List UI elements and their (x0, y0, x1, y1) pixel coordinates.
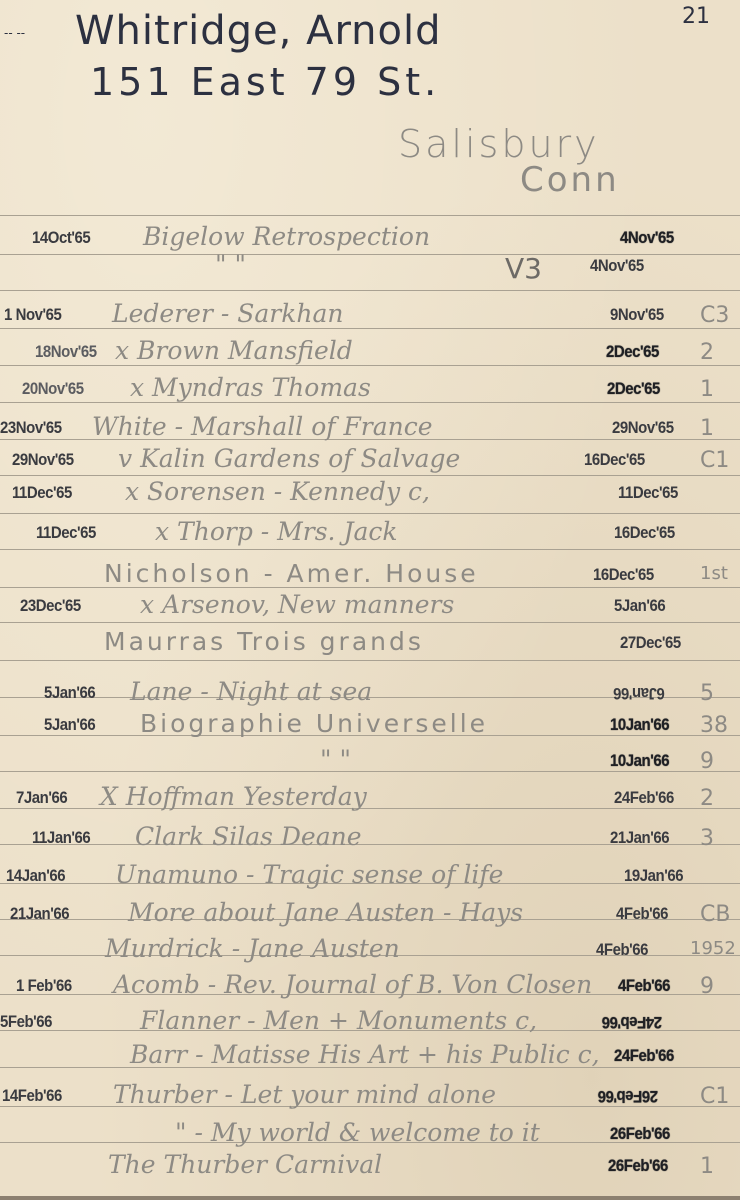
book-title: Thurber - Let your mind alone (113, 1080, 496, 1109)
return-date-stamp: 24Feb'66 (614, 1046, 674, 1066)
book-title: x Thorp - Mrs. Jack (155, 517, 398, 546)
return-date-stamp: 4Feb'66 (618, 976, 670, 996)
margin-note: CB (700, 902, 730, 927)
ruled-line (0, 475, 740, 476)
book-title: Lederer - Sarkhan (112, 299, 343, 328)
checkout-date-stamp: 20Nov'65 (22, 379, 84, 399)
book-title: Flanner - Men + Monuments c, (140, 1006, 537, 1035)
book-title: Acomb - Rev. Journal of B. Von Closen (113, 970, 592, 999)
library-borrower-card: -- -- Whitridge, Arnold 151 East 79 St. … (0, 0, 740, 1200)
ruled-line (0, 328, 740, 329)
book-title: Clark Silas Deane (135, 822, 362, 851)
margin-note: 1952 (690, 938, 736, 959)
return-date-stamp: 4Feb'66 (596, 940, 648, 960)
margin-note: 1 (700, 416, 714, 441)
book-title: x Brown Mansfield (115, 336, 353, 365)
margin-note: 3 (700, 826, 714, 851)
ruled-line (0, 215, 740, 216)
checkout-date-stamp: 11Dec'65 (12, 483, 72, 503)
book-title: Bigelow Retrospection (143, 222, 430, 251)
book-title: Murdrick - Jane Austen (105, 934, 400, 963)
book-title: The Thurber Carnival (108, 1150, 382, 1179)
book-title: Lane - Night at sea (130, 677, 372, 706)
return-date-stamp: 26Feb'66 (608, 1156, 668, 1176)
ruled-line (0, 254, 740, 255)
margin-note: 9 (700, 749, 714, 774)
checkout-date-stamp: 23Dec'65 (20, 596, 81, 616)
checkout-date-stamp: 5Feb'66 (0, 1012, 52, 1032)
checkout-date-stamp: 11Jan'66 (32, 828, 90, 848)
card-number: 21 (682, 4, 710, 29)
checkout-date-stamp: 7Jan'66 (16, 788, 67, 808)
book-title: Maurras Trois grands (104, 627, 424, 656)
patron-name: Whitridge, Arnold (75, 8, 442, 54)
book-title: Nicholson - Amer. House (104, 559, 479, 588)
book-title: x Arsenov, New manners (140, 590, 454, 619)
ruled-line (0, 771, 740, 772)
corner-marks: -- -- (4, 26, 25, 40)
checkout-date-stamp: 11Dec'65 (36, 523, 96, 543)
margin-note: C3 (700, 303, 729, 328)
checkout-date-stamp: 14Feb'66 (2, 1086, 62, 1106)
book-title: " " (320, 745, 351, 774)
return-date-stamp: 4Nov'65 (620, 228, 674, 248)
return-date-stamp: 9Nov'65 (610, 305, 664, 325)
return-date-stamp: 24Feb'66 (602, 1012, 662, 1032)
return-date-stamp: 26Feb'66 (598, 1086, 658, 1106)
return-date-stamp: 2Dec'65 (607, 379, 660, 399)
return-date-stamp: 10Jan'66 (610, 751, 669, 771)
checkout-date-stamp: 29Nov'65 (12, 450, 74, 470)
patron-address: 151 East 79 St. (90, 60, 440, 104)
return-date-stamp: 16Dec'65 (584, 450, 645, 470)
checkout-date-stamp: 5Jan'66 (44, 715, 95, 735)
return-date-stamp: 4Feb'66 (616, 904, 668, 924)
return-date-stamp: 29Nov'65 (612, 418, 674, 438)
return-date-stamp: 16Dec'65 (593, 565, 654, 585)
margin-note: C1 (700, 448, 729, 473)
checkout-date-stamp: 14Oct'65 (32, 228, 90, 248)
return-date-stamp: 10Jan'66 (610, 715, 669, 735)
return-date-stamp: 4Nov'65 (590, 256, 644, 276)
margin-note: 2 (700, 786, 714, 811)
return-date-stamp: 16Dec'65 (614, 523, 675, 543)
return-date-stamp: 21Jan'66 (610, 828, 669, 848)
location-state: Conn (520, 160, 620, 200)
margin-note: 5 (700, 681, 714, 706)
return-date-stamp: 2Dec'65 (606, 342, 659, 362)
return-date-stamp: 24Feb'66 (614, 788, 674, 808)
book-title: Unamuno - Tragic sense of life (115, 860, 503, 889)
checkout-date-stamp: 23Nov'65 (0, 418, 62, 438)
book-title: " " (215, 250, 246, 279)
return-date-stamp: 6Jan'66 (613, 683, 664, 703)
margin-note: V3 (505, 252, 542, 285)
margin-note: 2 (700, 340, 714, 365)
book-title: " - My world & welcome to it (175, 1118, 540, 1147)
book-title: White - Marshall of France (92, 412, 433, 441)
margin-note: 1st (700, 563, 728, 584)
book-title: x Myndras Thomas (130, 373, 371, 402)
checkout-date-stamp: 1 Feb'66 (16, 976, 72, 996)
ruled-line (0, 660, 740, 661)
checkout-date-stamp: 18Nov'65 (35, 342, 97, 362)
book-title: More about Jane Austen - Hays (128, 898, 523, 927)
return-date-stamp: 19Jan'66 (624, 866, 683, 886)
book-title: x Sorensen - Kennedy c, (125, 477, 430, 506)
book-title: X Hoffman Yesterday (100, 782, 367, 811)
ruled-line (0, 402, 740, 403)
book-title: Biographie Universelle (140, 709, 488, 738)
ruled-line (0, 365, 740, 366)
return-date-stamp: 26Feb'66 (610, 1124, 670, 1144)
checkout-date-stamp: 21Jan'66 (10, 904, 69, 924)
ruled-line (0, 549, 740, 550)
margin-note: 38 (700, 713, 728, 738)
margin-note: C1 (700, 1084, 729, 1109)
book-title: Barr - Matisse His Art + his Public c, (130, 1040, 600, 1069)
margin-note: 1 (700, 1154, 714, 1179)
margin-note: 9 (700, 974, 714, 999)
margin-note: 1 (700, 377, 714, 402)
return-date-stamp: 11Dec'65 (618, 483, 678, 503)
checkout-date-stamp: 1 Nov'65 (4, 305, 61, 325)
return-date-stamp: 27Dec'65 (620, 633, 681, 653)
ruled-line (0, 290, 740, 291)
checkout-date-stamp: 5Jan'66 (44, 683, 95, 703)
book-title: v Kalin Gardens of Salvage (118, 444, 460, 473)
ruled-line (0, 513, 740, 514)
return-date-stamp: 5Jan'66 (614, 596, 665, 616)
checkout-date-stamp: 14Jan'66 (6, 866, 65, 886)
ruled-line (0, 622, 740, 623)
